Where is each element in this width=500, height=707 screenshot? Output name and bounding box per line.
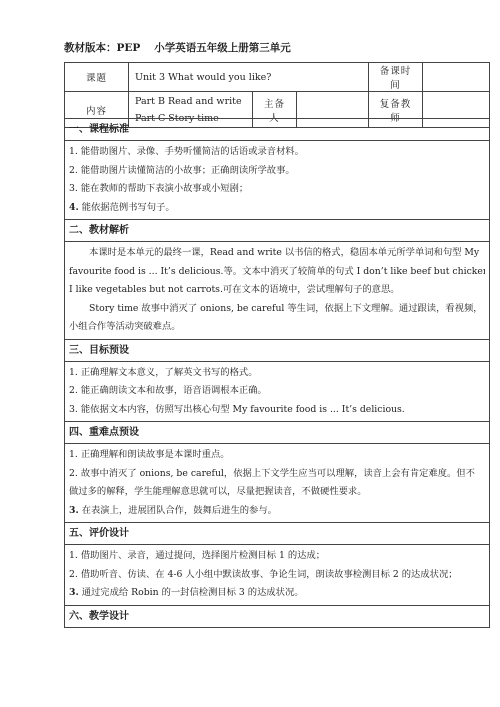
course-label: 小学英语五年级上册第三单元 <box>154 42 291 54</box>
section-heading-goals: 三、目标预设 <box>65 339 489 361</box>
list-item: 1. 正确理解文本意义，了解英文书写的格式。 <box>69 364 485 383</box>
section-heading-material-analysis: 二、教材解析 <box>65 219 489 241</box>
list-item-continued: 做过多的解释，学生能理解意思就可以，尽量把握读音，不做硬性要求。 <box>69 483 485 502</box>
list-item: 4. 能依据范例书写句子。 <box>69 199 485 218</box>
list-item: 1. 借助图片、录音，通过提问，选择图片检测目标 1 的达成； <box>69 547 485 566</box>
topic-label: 课题 <box>65 63 129 92</box>
lesson-sections: 一、课程标准 1. 能借助图片、录像、手势听懂简洁的话语或录音材料。 2. 能借… <box>64 118 490 628</box>
section-body-curriculum-standards: 1. 能借助图片、录像、手势听懂简洁的话语或录音材料。 2. 能借助图片读懂简洁… <box>65 140 489 219</box>
paragraph-line: favourite food is ... It’s delicious.等。文… <box>69 263 485 282</box>
paragraph-line: 本课时是本单元的最终一课，Read and write 以书信的格式，稳固本单元… <box>69 244 485 263</box>
list-item: 3. 能在教师的帮助下表演小故事或小短剧； <box>69 180 485 199</box>
section-body-key-points: 1. 正确理解和朗读故事是本课时重点。 2. 故事中消灭了 onions, be… <box>65 443 489 522</box>
list-item: 3. 在表演上，进展团队合作，鼓舞后进生的参与。 <box>69 502 485 521</box>
section-heading-evaluation: 五、评价设计 <box>65 522 489 544</box>
edition-label: 教材版本：PEP <box>64 42 140 54</box>
section-heading-key-points: 四、重难点预设 <box>65 421 489 443</box>
list-item: 3. 能依据文本内容，仿照写出核心句型 My favourite food is… <box>69 401 485 420</box>
prep-time-label: 备课时间 <box>369 63 423 92</box>
section-body-material-analysis: 本课时是本单元的最终一课，Read and write 以书信的格式，稳固本单元… <box>65 241 489 339</box>
list-item: 2. 故事中消灭了 onions, be careful，依据上下文学生应当可以… <box>69 465 485 484</box>
section-heading-curriculum-standards: 一、课程标准 <box>65 118 489 140</box>
content-line: Part B Read and write <box>135 93 246 110</box>
list-item: 2. 能正确朗读文本和故事，语音语调根本正确。 <box>69 382 485 401</box>
list-item: 1. 正确理解和朗读故事是本课时重点。 <box>69 446 485 465</box>
paragraph-line: 小组合作等活动突破难点。 <box>69 318 485 337</box>
section-heading-teaching-design: 六、教学设计 <box>65 605 489 627</box>
prep-time-value <box>423 63 490 92</box>
topic-value: Unit 3 What would you like? <box>129 63 369 92</box>
paragraph-line: Story time 故事中消灭了 onions, be careful 等生词… <box>69 300 485 319</box>
paragraph-line: I like vegetables but not carrots.可在文本的语… <box>69 281 485 300</box>
section-body-goals: 1. 正确理解文本意义，了解英文书写的格式。 2. 能正确朗读文本和故事，语音语… <box>65 361 489 422</box>
section-body-evaluation: 1. 借助图片、录音，通过提问，选择图片检测目标 1 的达成； 2. 借助听音、… <box>65 544 489 605</box>
document-title: 教材版本：PEP小学英语五年级上册第三单元 <box>64 40 291 55</box>
list-item: 2. 能借助图片读懂简洁的小故事；正确朗读所学故事。 <box>69 162 485 181</box>
list-item: 3. 通过完成给 Robin 的一封信检测目标 3 的达成状况。 <box>69 584 485 603</box>
list-item: 1. 能借助图片、录像、手势听懂简洁的话语或录音材料。 <box>69 143 485 162</box>
list-item: 2. 借助听音、仿读、在 4-6 人小组中默读故事、争论生词，朗读故事检测目标 … <box>69 566 485 585</box>
